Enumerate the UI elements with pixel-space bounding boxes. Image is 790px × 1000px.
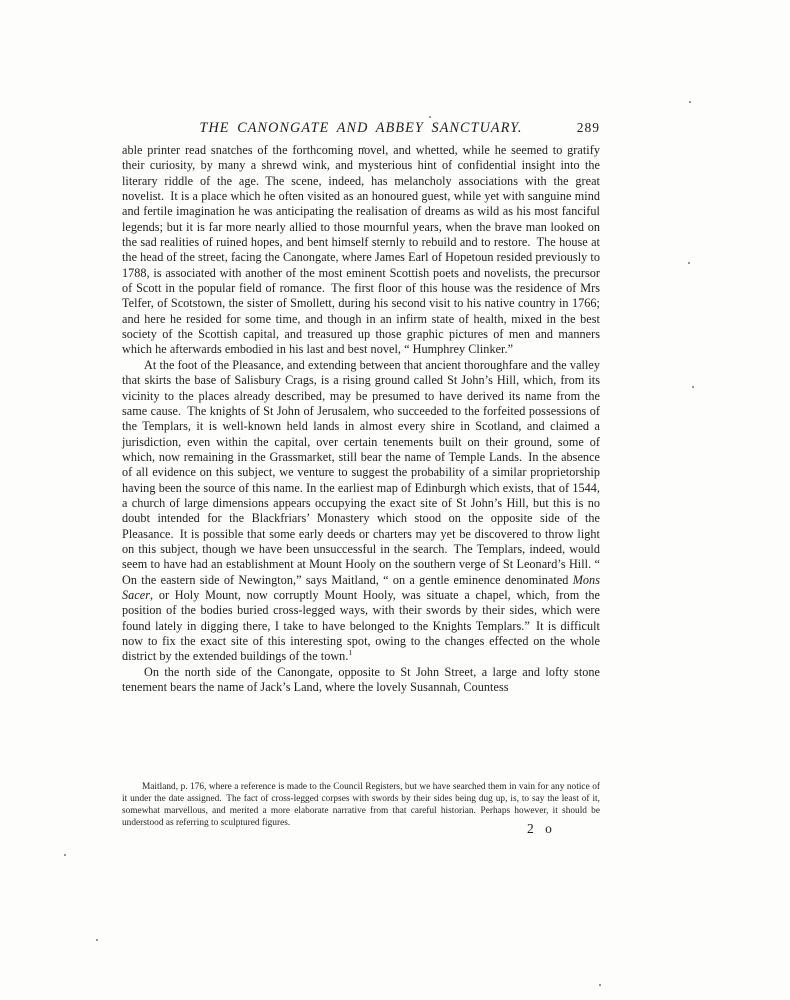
running-header: THE CANONGATE AND ABBEY SANCTUARY. 289	[122, 119, 600, 137]
scan-speck	[466, 149, 468, 151]
scan-speck	[96, 939, 98, 941]
text-run: , or Holy Mount, now corruptly Mount Hoo…	[122, 588, 600, 663]
text-run: able printer read snatches of the forthc…	[122, 143, 600, 356]
page-number: 289	[577, 119, 600, 136]
paragraph: At the foot of the Pleasance, and extend…	[122, 358, 600, 665]
scan-speck	[64, 854, 66, 856]
paragraph: able printer read snatches of the forthc…	[122, 143, 600, 358]
scan-speck	[688, 262, 690, 264]
scan-speck	[599, 984, 601, 986]
footnote-reference: 1	[348, 648, 352, 657]
signature-mark: 2 o	[527, 820, 556, 837]
text-run: On the north side of the Canongate, oppo…	[122, 665, 600, 694]
text-run: At the foot of the Pleasance, and extend…	[122, 358, 600, 587]
scan-speck	[429, 116, 431, 118]
scan-speck	[692, 386, 694, 388]
page: THE CANONGATE AND ABBEY SANCTUARY. 289 a…	[0, 0, 790, 1000]
scan-speck	[363, 147, 365, 149]
paragraph: On the north side of the Canongate, oppo…	[122, 665, 600, 696]
body-text: able printer read snatches of the forthc…	[122, 143, 600, 695]
page-title: THE CANONGATE AND ABBEY SANCTUARY.	[199, 120, 522, 137]
scan-speck	[689, 101, 691, 103]
